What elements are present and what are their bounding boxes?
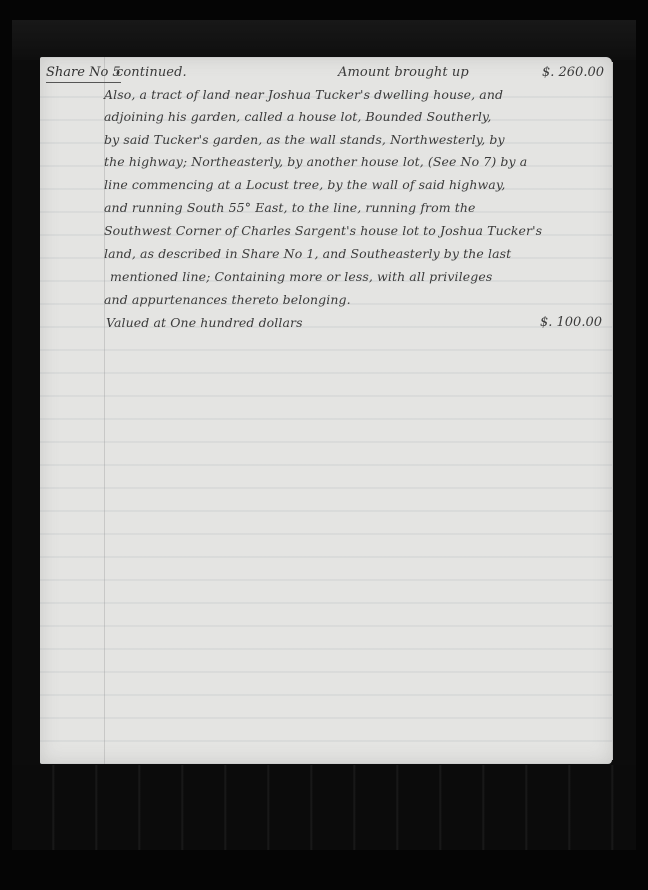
entry-line: Also, a tract of land near Joshua Tucker… [104, 87, 503, 102]
entry-amount: $. 100.00 [540, 315, 602, 330]
entry-line: mentioned line; Containing more or less,… [110, 269, 492, 284]
entry-line: land, as described in Share No 1, and So… [104, 246, 511, 261]
entry-line: line commencing at a Locust tree, by the… [104, 177, 505, 192]
continued-label: continued. [116, 65, 187, 80]
entry-line: and appurtenances thereto belonging. [104, 292, 351, 307]
brought-up-amount: $. 260.00 [542, 65, 604, 80]
share-label: Share No 5 [46, 65, 121, 83]
document-page: Share No 5 continued. Amount brought up … [40, 57, 612, 764]
entry-line: by said Tucker's garden, as the wall sta… [104, 132, 505, 147]
film-top-strip [12, 20, 636, 60]
entry-line: and running South 55° East, to the line,… [104, 200, 476, 215]
entry-line: adjoining his garden, called a house lot… [104, 109, 492, 124]
entry-line: the highway; Northeasterly, by another h… [104, 154, 527, 169]
entry-line: Southwest Corner of Charles Sargent's ho… [104, 223, 542, 238]
valuation-text: Valued at One hundred dollars [106, 315, 303, 330]
film-bottom-streaks [12, 765, 636, 850]
brought-up-label: Amount brought up [338, 65, 469, 80]
